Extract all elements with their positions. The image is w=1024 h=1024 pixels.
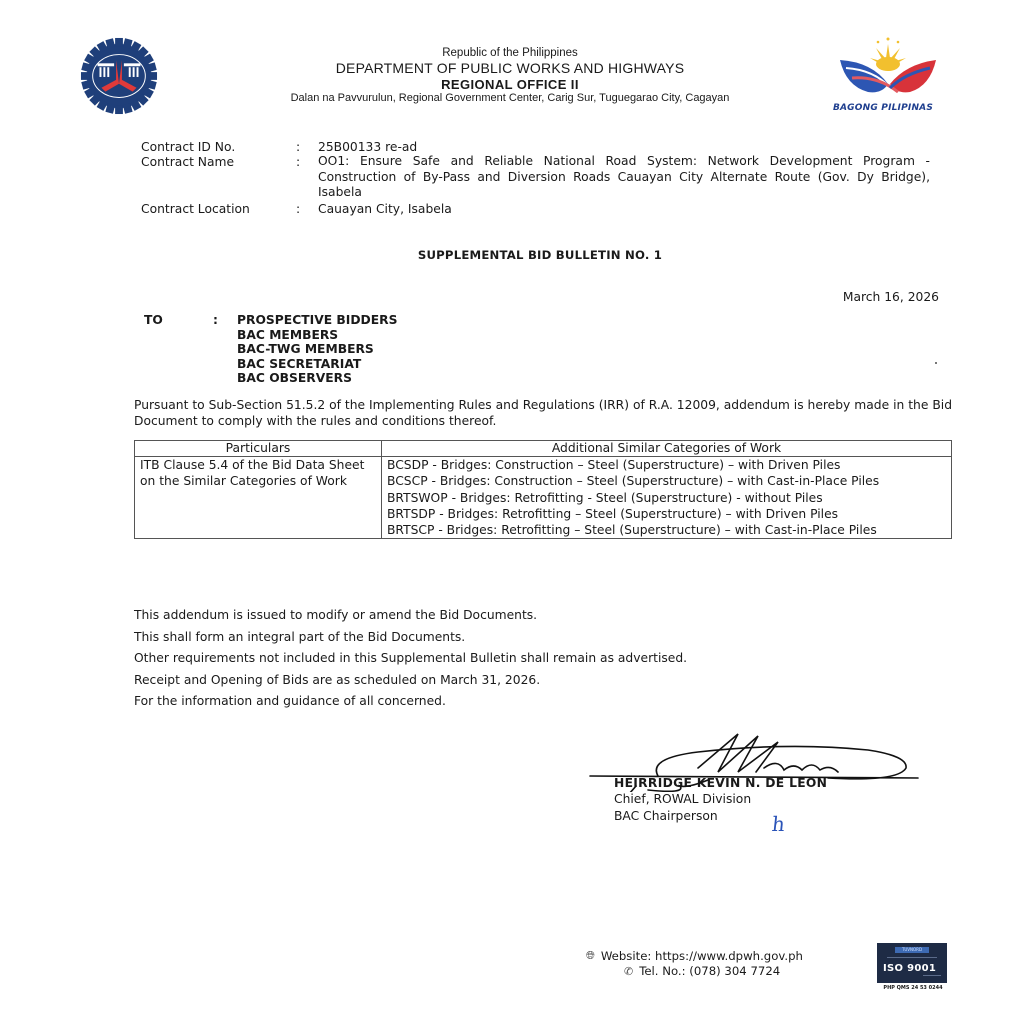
closing-line: Receipt and Opening of Bids are as sched…: [134, 673, 540, 687]
phone-text: Tel. No.: (078) 304 7724: [639, 964, 780, 978]
bagong-pilipinas-logo: [832, 34, 944, 96]
scan-speck: [935, 362, 937, 364]
iso-label: ISO 9001: [883, 963, 936, 974]
category-item: BCSDP - Bridges: Construction – Steel (S…: [387, 457, 946, 473]
bagong-pilipinas-text: BAGONG PILIPINAS: [818, 103, 948, 113]
signatory-title-bac: BAC Chairperson: [614, 809, 718, 823]
handwritten-initial: h: [771, 812, 786, 836]
category-item: BRTSCP - Bridges: Retrofitting – Steel (…: [387, 522, 946, 538]
particulars-cell: ITB Clause 5.4 of the Bid Data Sheet on …: [135, 457, 382, 539]
recipient-list: PROSPECTIVE BIDDERS BAC MEMBERS BAC-TWG …: [237, 313, 397, 386]
header-republic: Republic of the Philippines: [190, 47, 830, 59]
iso-badge-line: [923, 975, 941, 976]
closing-line: This shall form an integral part of the …: [134, 630, 465, 644]
contract-name-label: Contract Name: [141, 155, 234, 169]
contract-location-label: Contract Location: [141, 202, 250, 216]
column-header-categories: Additional Similar Categories of Work: [382, 441, 952, 457]
signatory-title-division: Chief, ROWAL Division: [614, 792, 751, 806]
iso-badge-top: TUVNORD: [895, 947, 929, 953]
intro-paragraph: Pursuant to Sub-Section 51.5.2 of the Im…: [134, 398, 952, 429]
contract-name-colon: :: [296, 155, 300, 169]
recipient-item: BAC MEMBERS: [237, 328, 397, 343]
category-item: BRTSWOP - Bridges: Retrofitting - Steel …: [387, 490, 946, 506]
contract-id-label: Contract ID No.: [141, 140, 235, 154]
contract-name-value: OO1: Ensure Safe and Reliable National R…: [318, 154, 930, 201]
header-regional-office: REGIONAL OFFICE II: [190, 77, 830, 92]
contract-location-colon: :: [296, 202, 300, 216]
contract-id-colon: :: [296, 140, 300, 154]
to-colon: :: [213, 313, 218, 327]
closing-line: Other requirements not included in this …: [134, 651, 687, 665]
footer-website: 🌐︎ Website: https://www.dpwh.gov.ph: [586, 949, 803, 963]
recipient-item: BAC SECRETARIAT: [237, 357, 397, 372]
handwritten-signature-icon: [588, 728, 928, 792]
closing-line: This addendum is issued to modify or ame…: [134, 608, 537, 622]
closing-line: For the information and guidance of all …: [134, 694, 446, 708]
categories-cell: BCSDP - Bridges: Construction – Steel (S…: [382, 457, 952, 539]
contract-location-value: Cauayan City, Isabela: [318, 202, 452, 216]
bulletin-date: March 16, 2026: [843, 290, 939, 304]
dpwh-seal-icon: [80, 37, 158, 115]
recipient-item: BAC OBSERVERS: [237, 371, 397, 386]
category-item: BRTSDP - Bridges: Retrofitting – Steel (…: [387, 506, 946, 522]
addendum-table: Particulars Additional Similar Categorie…: [134, 440, 952, 539]
category-item: BCSCP - Bridges: Construction – Steel (S…: [387, 473, 946, 489]
recipient-item: BAC-TWG MEMBERS: [237, 342, 397, 357]
iso-certification-badge: TUVNORD ISO 9001: [877, 943, 947, 983]
bulletin-title: SUPPLEMENTAL BID BULLETIN NO. 1: [0, 248, 1024, 262]
to-label: TO: [144, 313, 163, 327]
footer-phone: ✆ Tel. No.: (078) 304 7724: [624, 964, 780, 978]
header-department: DEPARTMENT OF PUBLIC WORKS AND HIGHWAYS: [190, 60, 830, 76]
iso-badge-line: [887, 957, 937, 958]
table-header-row: Particulars Additional Similar Categorie…: [135, 441, 952, 457]
dpwh-logo: [80, 37, 158, 115]
globe-icon: 🌐︎: [586, 949, 595, 963]
bagong-pilipinas-emblem-icon: [832, 34, 944, 96]
header-address: Dalan na Pavvurulun, Regional Government…: [190, 92, 830, 104]
phone-icon: ✆: [624, 965, 633, 978]
recipient-item: PROSPECTIVE BIDDERS: [237, 313, 397, 328]
website-text[interactable]: Website: https://www.dpwh.gov.ph: [601, 949, 803, 963]
contract-id-value: 25B00133 re-ad: [318, 140, 417, 154]
column-header-particulars: Particulars: [135, 441, 382, 457]
signature: [588, 728, 928, 792]
table-row: ITB Clause 5.4 of the Bid Data Sheet on …: [135, 457, 952, 539]
iso-code: PHP QMS 24 53 0244: [877, 985, 949, 991]
